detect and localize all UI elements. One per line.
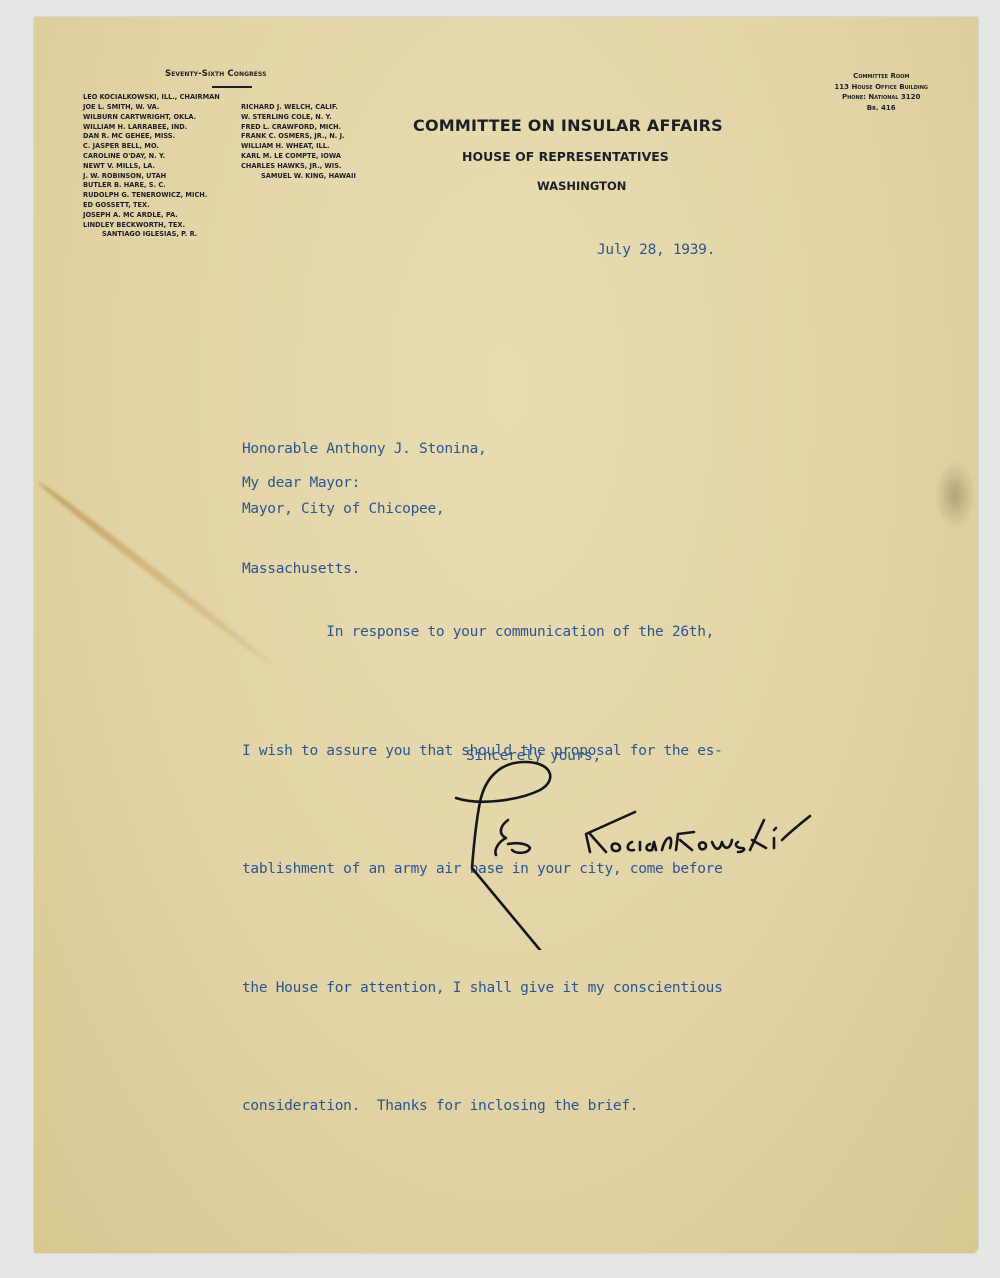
member-name: NEWT V. MILLS, LA. (83, 162, 207, 172)
member-name: JOE L. SMITH, W. VA. (83, 103, 207, 113)
letter-date: July 28, 1939. (597, 242, 715, 258)
body-line: consideration. Thanks for inclosing the … (242, 1087, 723, 1127)
house-name: HOUSE OF REPRESENTATIVES (462, 149, 669, 164)
members-list-left: JOE L. SMITH, W. VA. WILBURN CARTWRIGHT,… (83, 103, 207, 240)
signature (440, 750, 840, 950)
address-line: Honorable Anthony J. Stonina, (242, 439, 486, 459)
member-name: DAN R. MC GEHEE, MISS. (83, 132, 207, 142)
member-name: WILLIAM H. WHEAT, ILL. (241, 142, 356, 152)
member-name: C. JASPER BELL, MO. (83, 142, 207, 152)
congress-divider (212, 86, 252, 88)
member-name: LINDLEY BECKWORTH, TEX. (83, 221, 207, 231)
member-name: KARL M. LE COMPTE, IOWA (241, 152, 356, 162)
committee-room-block: Committee Room 113 House Office Building… (834, 71, 928, 113)
members-list-right: RICHARD J. WELCH, CALIF. W. STERLING COL… (241, 103, 356, 181)
member-name: JOSEPH A. MC ARDLE, PA. (83, 211, 207, 221)
member-name: RICHARD J. WELCH, CALIF. (241, 103, 356, 113)
room-line: 113 House Office Building (834, 82, 928, 93)
city-name: WASHINGTON (537, 179, 626, 193)
body-line: the House for attention, I shall give it… (242, 969, 723, 1009)
committee-name: COMMITTEE ON INSULAR AFFAIRS (413, 116, 723, 135)
room-line: Committee Room (834, 71, 928, 82)
member-name: ED GOSSETT, TEX. (83, 201, 207, 211)
member-name: BUTLER B. HARE, S. C. (83, 181, 207, 191)
body-line: In response to your communication of the… (242, 613, 723, 653)
member-name: W. STERLING COLE, N. Y. (241, 113, 356, 123)
member-name: CAROLINE O'DAY, N. Y. (83, 152, 207, 162)
member-name: FRED L. CRAWFORD, MICH. (241, 123, 356, 133)
member-name: WILLIAM H. LARRABEE, IND. (83, 123, 207, 133)
fingerprint-smudge (935, 460, 975, 530)
room-line: Br. 416 (834, 103, 928, 114)
member-name: SANTIAGO IGLESIAS, P. R. (83, 230, 207, 240)
member-name: RUDOLPH G. TENEROWICZ, MICH. (83, 191, 207, 201)
room-line: Phone: National 3120 (834, 92, 928, 103)
member-name: CHARLES HAWKS, JR., WIS. (241, 162, 356, 172)
congress-title: Seventy-Sixth Congress (165, 69, 267, 79)
salutation: My dear Mayor: (242, 475, 360, 491)
chairman-line: LEO KOCIALKOWSKI, ILL., CHAIRMAN (83, 93, 220, 101)
member-name: J. W. ROBINSON, UTAH (83, 172, 207, 182)
member-name: SAMUEL W. KING, HAWAII (241, 172, 356, 182)
address-line: Mayor, City of Chicopee, (242, 499, 486, 519)
member-name: WILBURN CARTWRIGHT, OKLA. (83, 113, 207, 123)
member-name: FRANK C. OSMERS, JR., N. J. (241, 132, 356, 142)
